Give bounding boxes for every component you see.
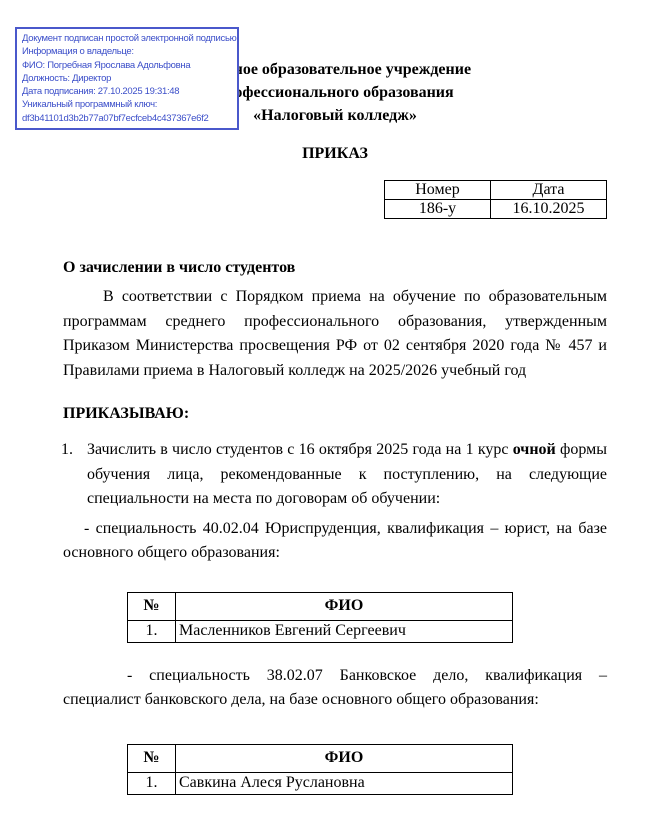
signature-line: ФИО: Погребная Ярослава Адольфовна bbox=[22, 59, 234, 72]
meta-value-number: 186-у bbox=[385, 200, 491, 219]
signature-key: df3b41101d3b2b77a07bf7ecfceb4c437367e6f2 bbox=[22, 112, 234, 125]
meta-header-date: Дата bbox=[491, 181, 607, 200]
student-name-cell: Масленников Евгений Сергеевич bbox=[176, 620, 513, 642]
table-row: 1. Савкина Алеся Руслановна bbox=[128, 772, 513, 794]
order-item-1: 1. Зачислить в число студентов с 16 октя… bbox=[63, 438, 607, 512]
row-number-cell: 1. bbox=[128, 772, 176, 794]
table-header-fio: ФИО bbox=[176, 744, 513, 772]
item-text: Зачислить в число студентов с 16 октября… bbox=[87, 438, 607, 512]
signature-stamp: Документ подписан простой электронной по… bbox=[15, 27, 239, 130]
table-header-fio: ФИО bbox=[176, 592, 513, 620]
item-text-bold: очной bbox=[513, 441, 556, 458]
table-header-number: № bbox=[128, 592, 176, 620]
order-subject: О зачислении в число студентов bbox=[63, 256, 607, 280]
table-row: 1. Масленников Евгений Сергеевич bbox=[128, 620, 513, 642]
table-header-row: № ФИО bbox=[128, 744, 513, 772]
table-header-row: № ФИО bbox=[128, 592, 513, 620]
student-name-cell: Савкина Алеся Руслановна bbox=[176, 772, 513, 794]
row-number-cell: 1. bbox=[128, 620, 176, 642]
table-header-number: № bbox=[128, 744, 176, 772]
item-number: 1. bbox=[61, 438, 73, 463]
enrollment-table-law: № ФИО 1. Масленников Евгений Сергеевич bbox=[127, 592, 513, 643]
document-page: Документ подписан простой электронной по… bbox=[0, 0, 650, 834]
signature-line: Уникальный программный ключ: bbox=[22, 98, 234, 111]
item-text-part: Зачислить в число студентов с 16 октября… bbox=[87, 441, 513, 458]
signature-line: Информация о владельце: bbox=[22, 45, 234, 58]
specialty-intro-law: - специальность 40.02.04 Юриспруденция, … bbox=[63, 517, 607, 566]
enrollment-table-banking: № ФИО 1. Савкина Алеся Руслановна bbox=[127, 744, 513, 795]
meta-header-row: Номер Дата bbox=[385, 181, 607, 200]
document-title: ПРИКАЗ bbox=[63, 142, 607, 165]
specialty-intro-banking: - специальность 38.02.07 Банковское дело… bbox=[63, 664, 607, 713]
signature-line: Должность: Директор bbox=[22, 72, 234, 85]
resolution-word: ПРИКАЗЫВАЮ: bbox=[63, 402, 607, 426]
signature-line: Дата подписания: 27.10.2025 19:31:48 bbox=[22, 85, 234, 98]
meta-value-date: 16.10.2025 bbox=[491, 200, 607, 219]
preamble-paragraph: В соответствии с Порядком приема на обуч… bbox=[63, 285, 607, 383]
order-meta-table: Номер Дата 186-у 16.10.2025 bbox=[384, 180, 607, 219]
meta-header-number: Номер bbox=[385, 181, 491, 200]
meta-value-row: 186-у 16.10.2025 bbox=[385, 200, 607, 219]
signature-line: Документ подписан простой электронной по… bbox=[22, 32, 234, 45]
